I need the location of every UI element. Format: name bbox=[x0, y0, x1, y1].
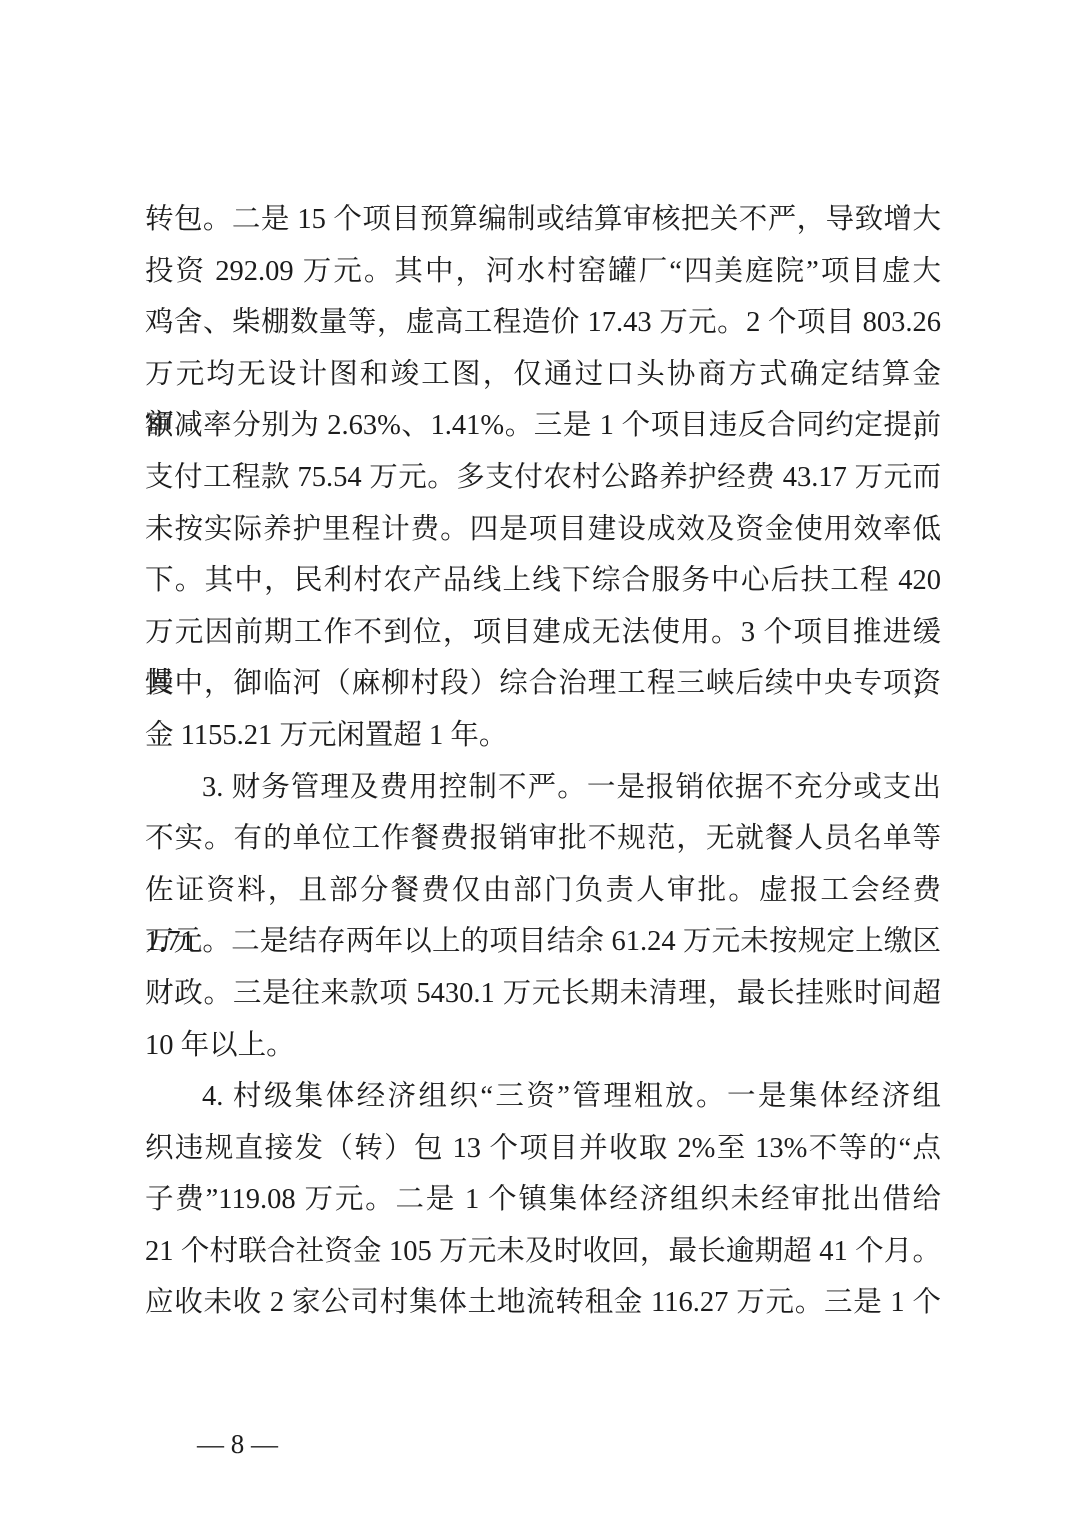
text-line: 下。其中，民利村农产品线上线下综合服务中心后扶工程 420 bbox=[145, 555, 941, 607]
text-line: 万元均无设计图和竣工图，仅通过口头协商方式确定结算金额， bbox=[145, 349, 941, 401]
text-line: 转包。二是 15 个项目预算编制或结算审核把关不严，导致增大 bbox=[145, 194, 941, 246]
text-line: 3. 财务管理及费用控制不严。一是报销依据不充分或支出 bbox=[145, 762, 941, 814]
text-line: 财政。三是往来款项 5430.1 万元长期未清理，最长挂账时间超 bbox=[145, 968, 941, 1020]
text-line: 21 个村联合社资金 105 万元未及时收回，最长逾期超 41 个月。 bbox=[145, 1226, 941, 1278]
text-line: 审减率分别为 2.63%、1.41%。三是 1 个项目违反合同约定提前 bbox=[145, 400, 941, 452]
text-line: 子费”119.08 万元。二是 1 个镇集体经济组织未经审批出借给 bbox=[145, 1174, 941, 1226]
text-line: 不实。有的单位工作餐费报销审批不规范，无就餐人员名单等 bbox=[145, 813, 941, 865]
text-line: 应收未收 2 家公司村集体土地流转租金 116.27 万元。三是 1 个 bbox=[145, 1277, 941, 1329]
text-line: 4. 村级集体经济组织“三资”管理粗放。一是集体经济组 bbox=[145, 1071, 941, 1123]
page-footer: — 8 — bbox=[170, 1390, 278, 1498]
text-line: 织违规直接发（转）包 13 个项目并收取 2%至 13%不等的“点 bbox=[145, 1123, 941, 1175]
text-line: 万元。二是结存两年以上的项目结余 61.24 万元未按规定上缴区 bbox=[145, 916, 941, 968]
text-line: 金 1155.21 万元闲置超 1 年。 bbox=[145, 710, 941, 762]
paragraph-3-financial-management: 3. 财务管理及费用控制不严。一是报销依据不充分或支出不实。有的单位工作餐费报销… bbox=[145, 762, 941, 1072]
document-body: 转包。二是 15 个项目预算编制或结算审核把关不严，导致增大投资 292.09 … bbox=[145, 194, 941, 1329]
text-line: 支付工程款 75.54 万元。多支付农村公路养护经费 43.17 万元而 bbox=[145, 452, 941, 504]
page-number: — 8 — bbox=[197, 1429, 278, 1459]
paragraph-continuation-project-management: 转包。二是 15 个项目预算编制或结算审核把关不严，导致增大投资 292.09 … bbox=[145, 194, 941, 762]
text-line: 佐证资料，且部分餐费仅由部门负责人审批。虚报工会经费 1.71 bbox=[145, 865, 941, 917]
document-page: 转包。二是 15 个项目预算编制或结算审核把关不严，导致增大投资 292.09 … bbox=[0, 0, 1074, 1520]
paragraph-4-village-collective-economy: 4. 村级集体经济组织“三资”管理粗放。一是集体经济组织违规直接发（转）包 13… bbox=[145, 1071, 941, 1329]
text-line: 10 年以上。 bbox=[145, 1020, 941, 1072]
text-line: 其中，御临河（麻柳村段）综合治理工程三峡后续中央专项资 bbox=[145, 658, 941, 710]
text-line: 未按实际养护里程计费。四是项目建设成效及资金使用效率低 bbox=[145, 504, 941, 556]
text-line: 投资 292.09 万元。其中，河水村窑罐厂“四美庭院”项目虚大 bbox=[145, 246, 941, 298]
text-line: 万元因前期工作不到位，项目建成无法使用。3 个项目推进缓慢， bbox=[145, 607, 941, 659]
text-line: 鸡舍、柴棚数量等，虚高工程造价 17.43 万元。2 个项目 803.26 bbox=[145, 297, 941, 349]
